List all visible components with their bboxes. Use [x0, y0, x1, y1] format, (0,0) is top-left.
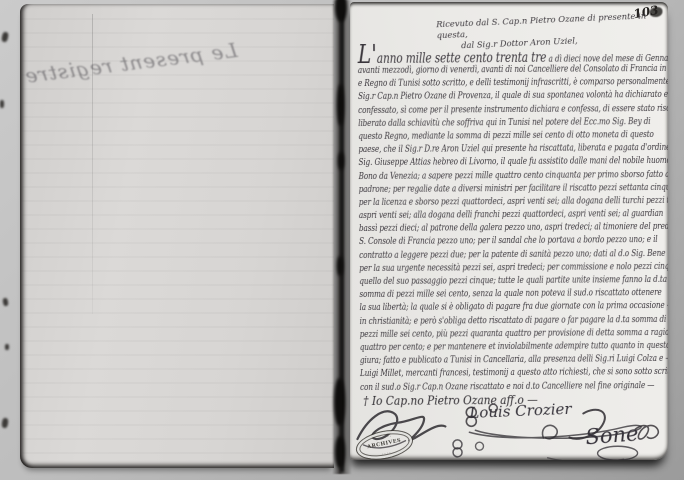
ink-speck — [1, 31, 9, 42]
manuscript-scan: Le present registre 103 Ricevuto dal S. … — [0, 0, 684, 480]
ink-speck — [0, 100, 4, 108]
showthrough-handwriting: Le present registre — [37, 38, 238, 86]
binding-ink-blob — [337, 84, 344, 126]
deed-body: L'anno mille sette cento trenta tre a dì… — [358, 45, 664, 394]
binding-ink-blob — [338, 152, 344, 170]
notary-paraph: Sone — [539, 407, 667, 460]
ink-speck — [5, 344, 9, 350]
signature-notary: Sone — [585, 421, 640, 449]
ink-speck — [2, 298, 8, 307]
right-page: 103 Ricevuto dal S. Cap.n Pietro Ozane d… — [350, 2, 668, 460]
ink-speck — [1, 418, 8, 429]
binding-ink-blob — [335, 436, 345, 468]
binding-ink-blob — [337, 256, 343, 276]
manuscript-line: L'anno mille sette cento trenta tre a dì… — [358, 45, 595, 64]
binding-ink-blob — [334, 378, 345, 426]
page-fold-line — [92, 14, 93, 314]
left-page: Le present registre — [20, 4, 334, 468]
